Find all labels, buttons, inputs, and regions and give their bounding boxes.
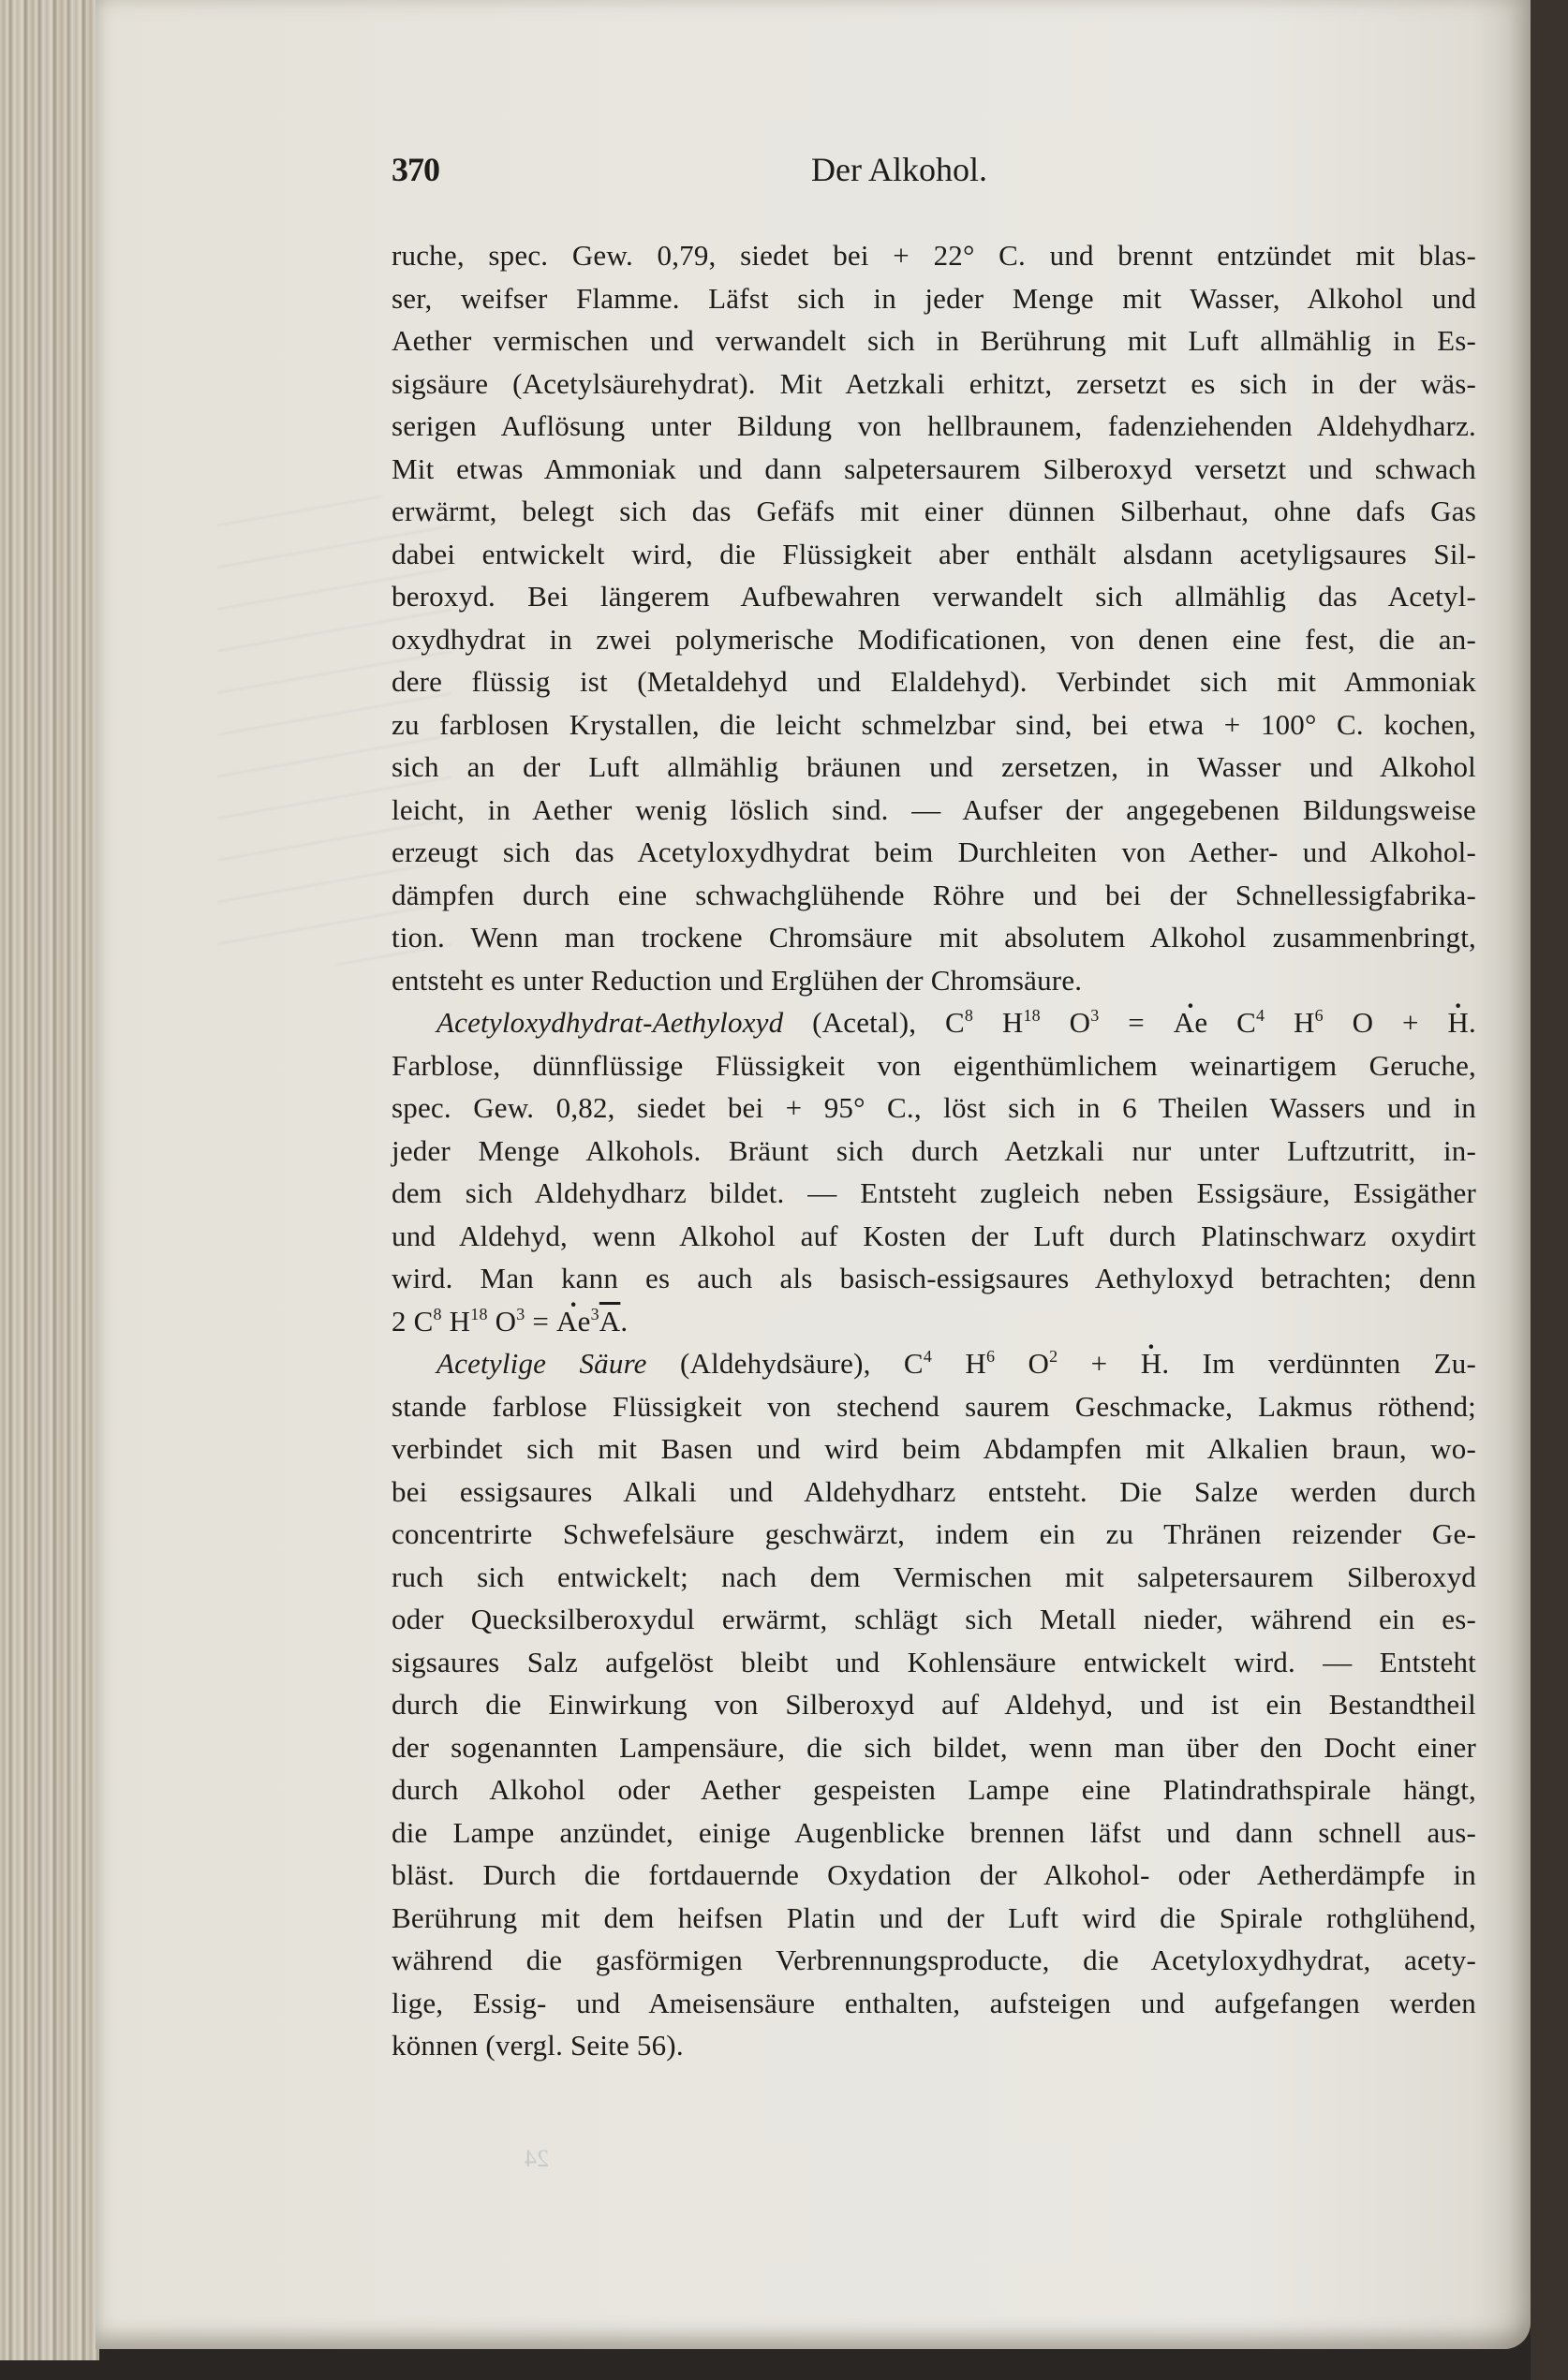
text-line: durch Alkohol oder Aether gespeisten Lam… [392,1768,1476,1811]
text-line: ruche, spec. Gew. 0,79, siedet bei + 22°… [392,234,1476,277]
text-line: erzeugt sich das Acetyloxydhydrat beim D… [392,831,1476,874]
text-line: Aether vermischen und verwandelt sich in… [392,319,1476,362]
final-formula-line: 2 C8 H18 O3 = Ae3A. [392,1300,1476,1343]
text-line: bläst. Durch die fortdauernde Oxydation … [392,1854,1476,1897]
acid-heading: Acetylige Säure [436,1347,647,1380]
text-line: ser, weifser Flamme. Läfst sich in jeder… [392,277,1476,320]
text-line: beroxyd. Bei längerem Aufbewahren verwan… [392,575,1476,618]
page-number: 370 [392,150,439,189]
text-line: serigen Auflösung unter Bildung von hell… [392,405,1476,448]
page-header: 370 Der Alkohol. [392,150,1476,202]
text-line: durch die Einwirkung von Silberoxyd auf … [392,1683,1476,1726]
text-line: spec. Gew. 0,82, siedet bei + 95° C., lö… [392,1087,1476,1130]
text-line: oder Quecksilberoxydul erwärmt, schlägt … [392,1598,1476,1641]
acetal-heading: Acetyloxydhydrat-Aethyloxyd [436,1006,783,1039]
text-line: dabei entwickelt wird, die Flüssigkeit a… [392,533,1476,576]
show-through-signature-mark: 24 [525,2145,549,2173]
acid-heading-line: Acetylige Säure (Aldehydsäure), C4 H6 O2… [392,1342,1476,1385]
text-line: verbindet sich mit Basen und wird beim A… [392,1427,1476,1471]
text-line: Mit etwas Ammoniak und dann salpetersaur… [392,448,1476,491]
text-line: dere flüssig ist (Metaldehyd und Elaldeh… [392,660,1476,703]
page-content: 370 Der Alkohol. ruche, spec. Gew. 0,79,… [392,150,1476,2067]
text-line: jeder Menge Alkohols. Bräunt sich durch … [392,1130,1476,1173]
text-line: concentrirte Schwefelsäure geschwärzt, i… [392,1513,1476,1556]
text-line: tion. Wenn man trockene Chromsäure mit a… [392,916,1476,959]
text-line: entsteht es unter Reduction und Erglühen… [392,959,1476,1002]
text-line: dämpfen durch eine schwachglühende Röhre… [392,874,1476,917]
running-title: Der Alkohol. [811,150,987,189]
text-line: wird. Man kann es auch als basisch-essig… [392,1257,1476,1300]
text-line: der sogenannten Lampensäure, die sich bi… [392,1726,1476,1769]
text-line: Farblose, dünnflüssige Flüssigkeit von e… [392,1044,1476,1087]
text-line: erwärmt, belegt sich das Gefäfs mit eine… [392,490,1476,533]
acetal-heading-line: Acetyloxydhydrat-Aethyloxyd (Acetal), C8… [392,1001,1476,1044]
text-line: sich an der Luft allmählig bräunen und z… [392,746,1476,789]
book-cover-edge [1531,0,1568,2380]
text-line: ruch sich entwickelt; nach dem Vermische… [392,1556,1476,1599]
text-line: oxydhydrat in zwei polymerische Modifica… [392,618,1476,661]
paragraph-acetylige-saeure: Acetylige Säure (Aldehydsäure), C4 H6 O2… [392,1342,1476,2067]
text-line: sigsaures Salz aufgelöst bleibt und Kohl… [392,1641,1476,1684]
scanned-book-page: 370 Der Alkohol. ruche, spec. Gew. 0,79,… [0,0,1568,2380]
text-line: während die gasförmigen Verbrennungsprod… [392,1939,1476,1982]
text-line: stande farblose Flüssigkeit von stechend… [392,1385,1476,1428]
text-line: bei essigsaures Alkali und Aldehydharz e… [392,1471,1476,1514]
text-line: sigsäure (Acetylsäurehydrat). Mit Aetzka… [392,362,1476,406]
text-line: dem sich Aldehydharz bildet. — Entsteht … [392,1172,1476,1215]
text-line: und Aldehyd, wenn Alkohol auf Kosten der… [392,1215,1476,1258]
text-line: zu farblosen Krystallen, die leicht schm… [392,703,1476,747]
text-line: lige, Essig- und Ameisensäure enthalten,… [392,1982,1476,2025]
paragraph-acetal: Acetyloxydhydrat-Aethyloxyd (Acetal), C8… [392,1001,1476,1342]
text-line: leicht, in Aether wenig löslich sind. — … [392,789,1476,832]
book-page-edges [0,0,99,2360]
text-line: Berührung mit dem heifsen Platin und der… [392,1897,1476,1940]
acetal-formula: C8 H18 O3 = Ae C4 H6 O + H. [945,1006,1476,1039]
text-line: können (vergl. Seite 56). [392,2024,1476,2067]
text-line: die Lampe anzündet, einige Augenblicke b… [392,1811,1476,1855]
acid-formula: C4 H6 O2 + H [904,1347,1161,1380]
paragraph-acetyloxydhydrat-continued: ruche, spec. Gew. 0,79, siedet bei + 22°… [392,234,1476,1001]
